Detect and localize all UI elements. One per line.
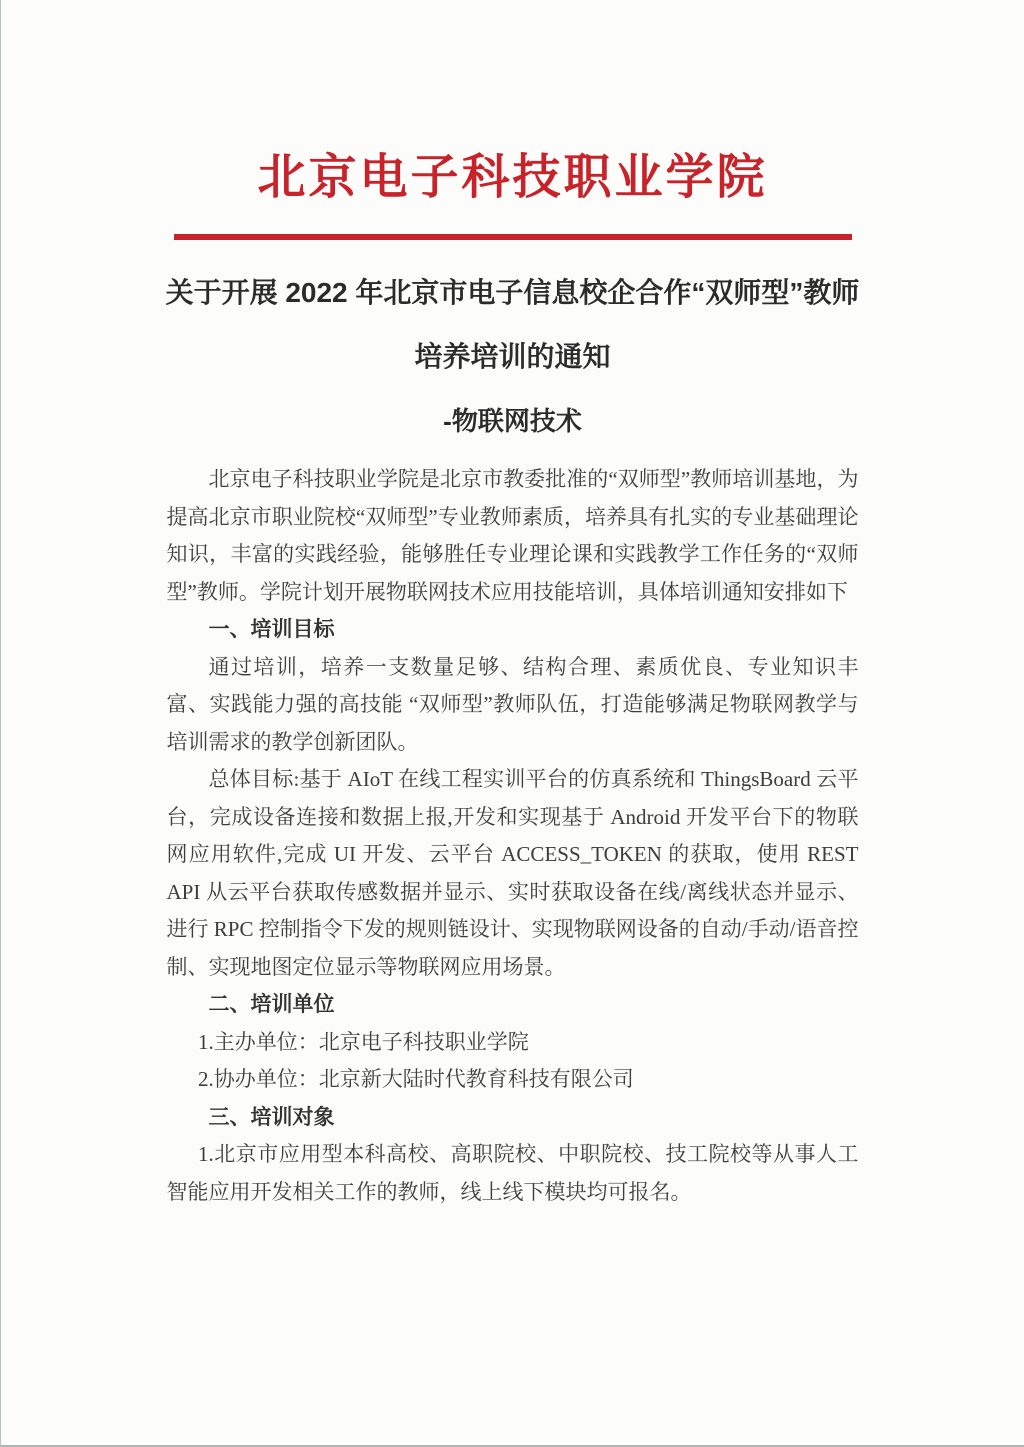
document-title-line1: 关于开展 2022 年北京市电子信息校企合作“双师型”教师: [1, 261, 1024, 325]
document-subtitle: -物联网技术: [1, 389, 1024, 453]
section-heading-training-goal: 一、培训目标: [167, 611, 859, 649]
document-title: 关于开展 2022 年北京市电子信息校企合作“双师型”教师 培养培训的通知: [1, 261, 1024, 389]
section-heading-training-audience: 三、培训对象: [167, 1099, 859, 1137]
training-audience-paragraph: 1.北京市应用型本科高校、高职院校、中职院校、技工院校等从事人工智能应用开发相关…: [167, 1136, 859, 1211]
document-body: 北京电子科技职业学院是北京市教委批准的“双师型”教师培训基地，为提高北京市职业院…: [167, 461, 859, 1211]
document-title-line2: 培养培训的通知: [1, 325, 1024, 389]
section-heading-training-units: 二、培训单位: [167, 986, 859, 1024]
letterhead-divider: [174, 234, 852, 240]
training-goal-paragraph-1: 通过培训，培养一支数量足够、结构合理、素质优良、专业知识丰富、实践能力强的高技能…: [167, 649, 859, 762]
training-goal-paragraph-2: 总体目标:基于 AIoT 在线工程实训平台的仿真系统和 ThingsBoard …: [167, 761, 859, 986]
letterhead-school-name: 北京电子科技职业学院: [1, 150, 1024, 206]
training-unit-co-organizer: 2.协办单位：北京新大陆时代教育科技有限公司: [167, 1061, 859, 1099]
intro-paragraph: 北京电子科技职业学院是北京市教委批准的“双师型”教师培训基地，为提高北京市职业院…: [167, 461, 859, 611]
document-page: 北京电子科技职业学院 关于开展 2022 年北京市电子信息校企合作“双师型”教师…: [0, 0, 1024, 1447]
letterhead: 北京电子科技职业学院: [1, 150, 1024, 240]
training-unit-host: 1.主办单位：北京电子科技职业学院: [167, 1024, 859, 1062]
